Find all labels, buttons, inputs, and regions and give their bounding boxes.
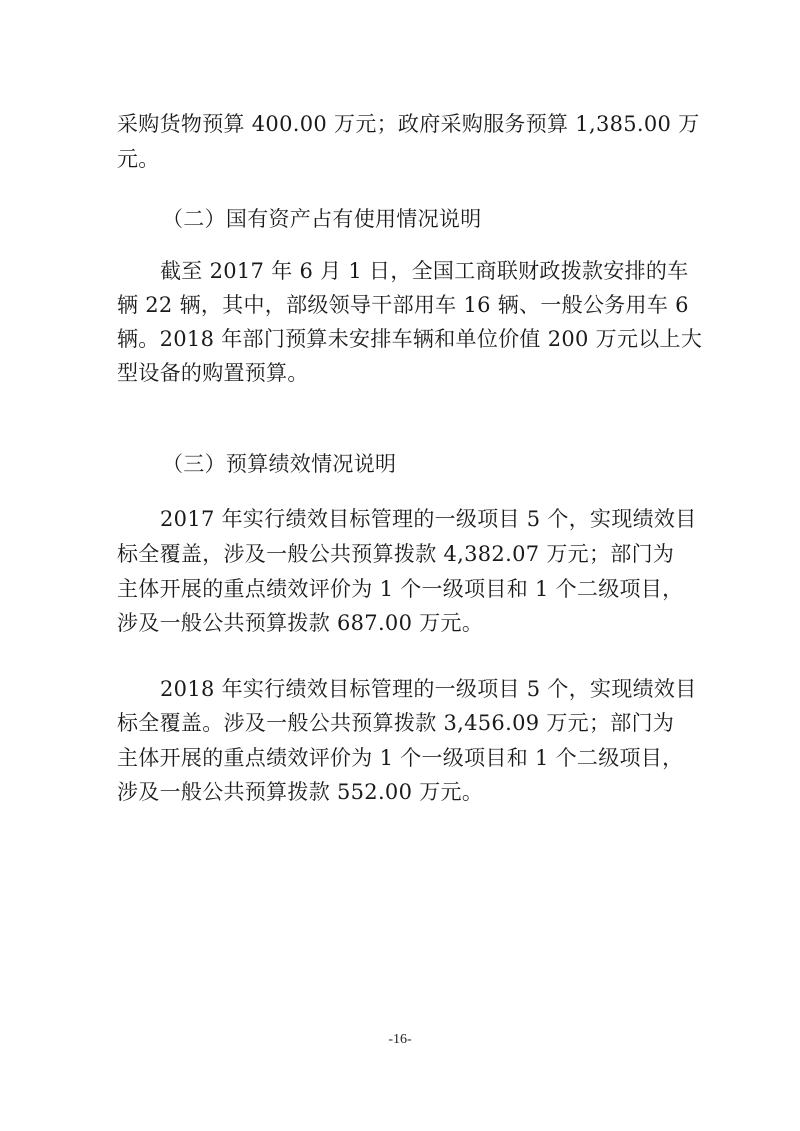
section-heading-performance: （三）预算绩效情况说明 (162, 452, 396, 476)
text-line: 型设备的购置预算。 (117, 361, 309, 385)
text-line: 涉及一般公共预算拨款 552.00 万元。 (117, 780, 483, 804)
text-line: 辆。2018 年部门预算未安排车辆和单位价值 200 万元以上大 (117, 327, 702, 351)
text-line: 标全覆盖。涉及一般公共预算拨款 3,456.09 万元；部门为 (117, 711, 674, 735)
text-line: 涉及一般公共预算拨款 687.00 万元。 (117, 611, 483, 635)
text-line: 截至 2017 年 6 月 1 日，全国工商联财政拨款安排的车 (160, 259, 689, 283)
text-line: 主体开展的重点绩效评价为 1 个一级项目和 1 个二级项目， (117, 746, 683, 770)
text-line: 2018 年实行绩效目标管理的一级项目 5 个，实现绩效目 (160, 677, 697, 701)
text-line: 辆 22 辆，其中，部级领导干部用车 16 辆、一般公务用车 6 (117, 293, 689, 317)
text-line: 2017 年实行绩效目标管理的一级项目 5 个，实现绩效目 (160, 507, 697, 531)
text-line: 主体开展的重点绩效评价为 1 个一级项目和 1 个二级项目， (117, 577, 683, 601)
text-line: 采购货物预算 400.00 万元；政府采购服务预算 1,385.00 万 (117, 112, 700, 136)
text-line: 元。 (117, 147, 160, 171)
section-heading-assets: （二）国有资产占有使用情况说明 (162, 207, 482, 231)
document-page: 采购货物预算 400.00 万元；政府采购服务预算 1,385.00 万 元。 … (0, 0, 800, 1131)
page-number: -16- (0, 1032, 800, 1048)
text-line: 标全覆盖，涉及一般公共预算拨款 4,382.07 万元；部门为 (117, 542, 674, 566)
